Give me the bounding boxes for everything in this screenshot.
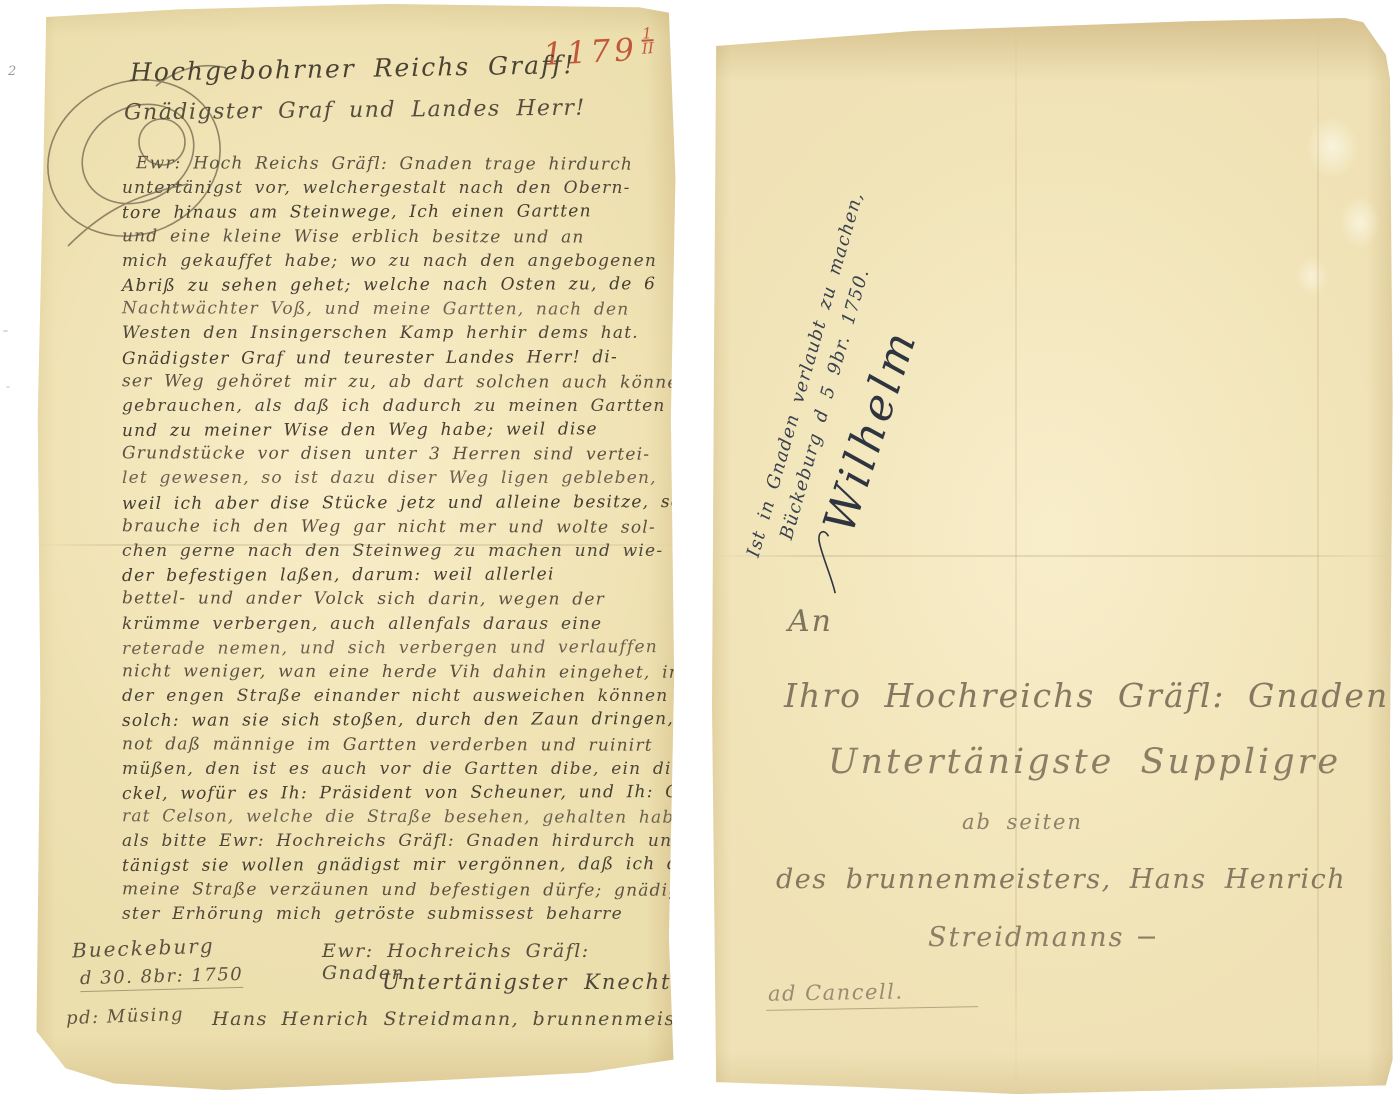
petition-body-line: Grundstücke vor disen unter 3 Herren sin… [122, 444, 678, 470]
archival-number-fraction: 1II [641, 27, 654, 55]
petition-body-line: chen gerne nach den Steinweg zu machen u… [122, 541, 678, 565]
petition-body-line: tänigst sie wollen gnädigst mir vergönne… [122, 854, 678, 880]
docket-note-ad-cancell: ad Cancell. [766, 978, 978, 1011]
petition-body-line: meine Straße verzäunen und befestigen dü… [122, 879, 678, 905]
salutation-line2: Gnädigster Graf und Landes Herr! [124, 96, 586, 126]
petition-body-line: ser Weg gehöret mir zu, ab dart solchen … [122, 371, 678, 397]
right-page-address-leaf: Ist in Gnaden verlaubt zu machen, Bückeb… [710, 18, 1394, 1094]
dateline-presentation-note: pd: Müsing [66, 1004, 185, 1029]
scan-speck [3, 330, 8, 332]
petition-body-line: Ewr: Hoch Reichs Gräfl: Gnaden trage hir… [122, 153, 678, 179]
petition-body-line: let gewesen, so ist dazu diser Weg ligen… [122, 468, 678, 492]
petition-body-line: als bitte Ewr: Hochreichs Gräfl: Gnaden … [122, 831, 678, 855]
petition-body-line: reterade nemen, und sich verbergen und v… [122, 637, 678, 663]
petition-body-line: der engen Straße einander nicht ausweich… [122, 686, 678, 710]
petition-body-line: untertänigst vor, welchergestalt nach de… [122, 178, 678, 202]
dateline-date: d 30. 8br: 1750 [80, 964, 244, 992]
petition-body-line: solch: wan sie sich stoßen, durch den Za… [122, 709, 678, 735]
address-line-surname: Streidmanns − [928, 922, 1160, 953]
petition-body-line: ckel, wofür es Ih: Präsident von Scheune… [122, 782, 678, 808]
margin-note: 2 [8, 64, 16, 79]
petition-body-line: mich gekauffet habe; wo zu nach den ange… [122, 251, 678, 275]
dateline-place: Bueckeburg [72, 934, 215, 963]
signature-flourish [800, 525, 858, 598]
petition-body-line: der befestigen laßen, darum: weil allerl… [122, 564, 678, 590]
petition-body-line: rat Celson, welche die Straße besehen, g… [122, 806, 678, 832]
petition-body-line: und eine kleine Wise erblich besitze und… [122, 226, 678, 252]
petition-body-line: Abriß zu sehen gehet; welche nach Osten … [122, 274, 678, 300]
petition-body-line: weil ich aber dise Stücke jetz und allei… [122, 492, 678, 518]
petition-body-text: Ewr: Hoch Reichs Gräfl: Gnaden trage hir… [122, 154, 678, 928]
address-line-honorific: Ihro Hochreichs Gräfl: Gnaden [784, 676, 1389, 715]
petition-body-line: tore hinaus am Steinwege, Ich einen Gart… [122, 201, 678, 227]
address-line-supplique: Untertänigste Suppligre [828, 742, 1341, 782]
address-to: An [788, 604, 833, 639]
petition-body-line: Gnädigster Graf und teurester Landes Her… [122, 347, 678, 373]
fold-crease [1317, 18, 1319, 1094]
closing-subscription: Untertänigster Knecht [382, 970, 672, 994]
scan-speck [6, 386, 10, 388]
left-page-petition: 11791II Hochgebohrner Reichs Graff! Gnäd… [30, 4, 678, 1090]
petition-body-line: müßen, den ist es auch vor die Gartten d… [122, 759, 678, 783]
address-line-abseiten: ab seiten [962, 810, 1083, 834]
petition-body-line: Westen den Insingerschen Kamp herhir dem… [122, 323, 678, 347]
petition-body-line: brauche ich den Weg gar nicht mer und wo… [122, 516, 678, 542]
petition-body-line: not daß männige im Gartten verderben und… [122, 734, 678, 760]
petition-body-line: und zu meiner Wise den Weg habe; weil di… [122, 419, 678, 445]
petition-body-line: gebrauchen, als daß ich dadurch zu meine… [122, 396, 678, 420]
address-line-petitioner: des brunnenmeisters, Hans Henrich [776, 864, 1346, 895]
petition-body-line: Nachtwächter Voß, und meine Gartten, nac… [122, 298, 678, 324]
manuscript-scan: 2 11791II Hochgebohrner Reichs Graff! Gn… [0, 0, 1400, 1105]
petition-body-line: bettel- und ander Volck sich darin, wege… [122, 589, 678, 615]
petition-body-line: krümme verbergen, auch allenfals daraus … [122, 614, 678, 638]
petition-body-line: ster Erhörung mich getröste submissest b… [122, 904, 678, 928]
closing-signature-name: Hans Henrich Streidmann, brunnenmeister [212, 1008, 678, 1030]
petition-body-line: nicht weniger, wan eine herde Vih dahin … [122, 661, 678, 687]
